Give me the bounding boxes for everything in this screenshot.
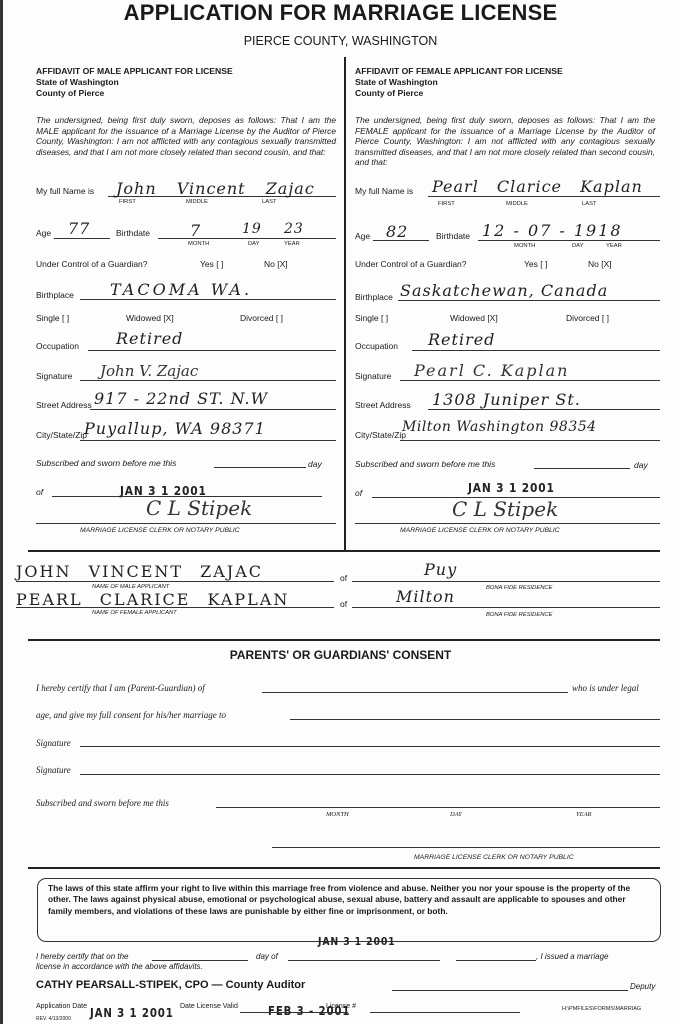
rights-notice-box: The laws of this state affirm your right… <box>37 878 661 942</box>
female-city-field[interactable]: Milton Washington 98354 <box>402 419 597 435</box>
column-divider <box>344 57 346 551</box>
female-birthplace-field[interactable]: Saskatchewan, Canada <box>400 281 608 300</box>
male-birth-year[interactable]: 23 <box>284 221 304 237</box>
female-guardian-yes[interactable]: Yes [ ] <box>524 259 547 269</box>
page-title: APPLICATION FOR MARRIAGE LICENSE <box>0 0 681 26</box>
male-single[interactable]: Single [ ] <box>36 313 69 323</box>
female-intro: The undersigned, being first duly sworn,… <box>355 115 655 168</box>
male-signature[interactable]: John V. Zajac <box>100 362 198 380</box>
male-name-field[interactable]: John Vincent Zajac <box>116 179 315 198</box>
female-divorced[interactable]: Divorced [ ] <box>566 313 609 323</box>
license-number-field[interactable] <box>370 1012 520 1013</box>
male-city-field[interactable]: Puyallup, WA 98371 <box>84 419 266 438</box>
issuance-year-field[interactable] <box>456 960 536 961</box>
issuance-day-field[interactable] <box>152 960 248 961</box>
county-auditor: CATHY PEARSALL-STIPEK, CPO — County Audi… <box>36 979 305 991</box>
page-subtitle: PIERCE COUNTY, WASHINGTON <box>0 34 681 48</box>
female-heading: AFFIDAVIT OF FEMALE APPLICANT FOR LICENS… <box>355 66 563 99</box>
consent-spouse-field[interactable] <box>290 719 660 720</box>
male-clerk-signature: C L Stipek <box>146 496 252 520</box>
rights-notice: The laws of this state affirm your right… <box>48 883 650 917</box>
female-single[interactable]: Single [ ] <box>355 313 388 323</box>
deputy-signature-field[interactable] <box>392 990 628 991</box>
male-intro: The undersigned, being first duly sworn,… <box>36 115 336 157</box>
male-street-field[interactable]: 917 - 22nd ST. N.W <box>94 389 268 408</box>
male-occupation-field[interactable]: Retired <box>116 329 183 348</box>
female-guardian-no[interactable]: No [X] <box>588 259 612 269</box>
male-birth-month[interactable]: 7 <box>190 221 201 240</box>
male-divorced[interactable]: Divorced [ ] <box>240 313 283 323</box>
male-guardian-no[interactable]: No [X] <box>264 259 288 269</box>
female-birthdate-field[interactable]: 12 - 07 - 1918 <box>482 221 623 240</box>
female-signature[interactable]: Pearl C. Kaplan <box>414 361 569 380</box>
female-occupation-field[interactable]: Retired <box>428 330 495 349</box>
consent-heading: PARENTS' OR GUARDIANS' CONSENT <box>0 648 681 662</box>
section-divider <box>28 639 660 641</box>
consent-signature-1[interactable] <box>80 746 660 747</box>
male-heading: AFFIDAVIT OF MALE APPLICANT FOR LICENSE … <box>36 66 233 99</box>
issuance-stamp: JAN 3 1 2001 <box>318 935 396 948</box>
male-widowed[interactable]: Widowed [X] <box>126 313 174 323</box>
issuance-month-field[interactable] <box>288 960 440 961</box>
consent-signature-2[interactable] <box>80 774 660 775</box>
male-applicant-name[interactable]: JOHN VINCENT ZAJAC <box>16 562 263 581</box>
scan-edge <box>0 0 3 1024</box>
male-age-field[interactable]: 77 <box>68 219 90 238</box>
male-birth-day[interactable]: 19 <box>242 221 262 237</box>
male-guardian-yes[interactable]: Yes [ ] <box>200 259 223 269</box>
female-clerk-signature: C L Stipek <box>452 497 558 521</box>
female-residence[interactable]: Milton <box>396 587 455 606</box>
female-age-field[interactable]: 82 <box>386 222 408 241</box>
female-widowed[interactable]: Widowed [X] <box>450 313 498 323</box>
female-date-stamp: JAN 3 1 2001 <box>468 480 555 495</box>
male-residence[interactable]: Puy <box>424 560 457 579</box>
consent-date-field[interactable] <box>216 807 660 808</box>
form-file-path: H:\PMFILES\FORMS\MARRIAG <box>562 1006 641 1012</box>
male-birthplace-field[interactable]: TACOMA WA. <box>110 280 252 299</box>
section-divider <box>28 550 660 552</box>
section-divider <box>28 867 660 869</box>
male-name-label: My full Name is <box>36 186 94 196</box>
form-revision: REV. 4/13/2000 <box>36 1016 71 1022</box>
female-street-field[interactable]: 1308 Juniper St. <box>432 390 581 409</box>
application-date-stamp: JAN 3 1 2001 <box>90 1006 174 1020</box>
female-name-field[interactable]: Pearl Clarice Kaplan <box>432 177 643 196</box>
